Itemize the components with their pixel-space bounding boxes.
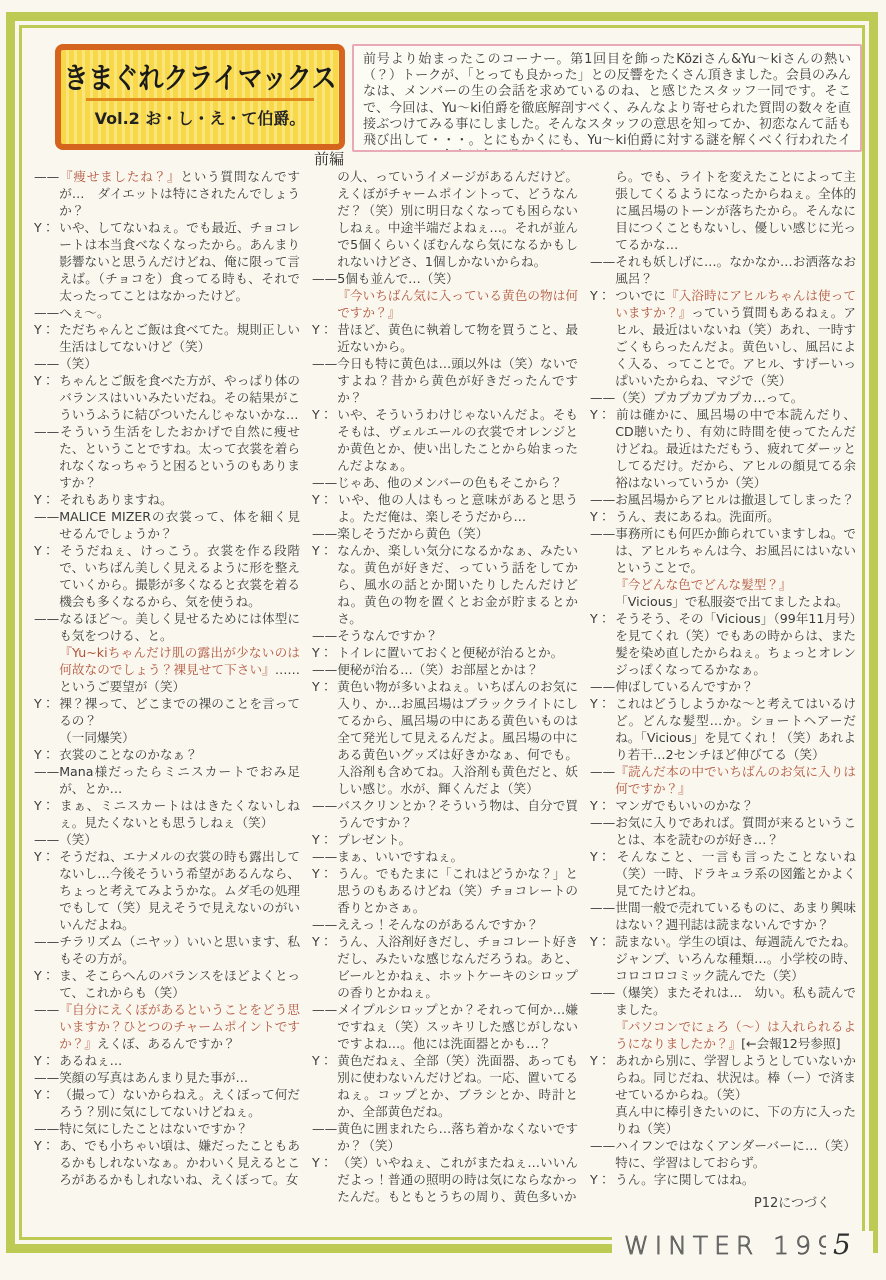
speaker-marker: —— xyxy=(590,984,615,1001)
answer-paragraph: Y：衣裳のことなのかなぁ？ xyxy=(34,746,300,763)
dialog-text: プレゼント。 xyxy=(337,832,411,847)
answer-paragraph: Y：うん、表にあるね。洗面所。 xyxy=(590,508,856,525)
speaker-marker: Y： xyxy=(312,1154,337,1171)
answer-paragraph: Y：まぁ、ミニスカートははきたくないしねぇ。見たくないとも思うしねぇ（笑） xyxy=(34,797,300,831)
question-paragraph: ——笑顔の写真はあんまり見た事が… xyxy=(34,1069,300,1086)
dialog-text: あ、でも小ちゃい頃は、嫌だったこともあるかもしれないなぁ。かわいく見えるところが… xyxy=(59,1138,300,1187)
dialog-text: うん。字に関してはね。 xyxy=(615,1172,754,1187)
answer-paragraph: Y：トイレに置いておくと便秘が治るとか。 xyxy=(312,644,578,661)
question-paragraph: ——『痩せましたね？』という質問なんですが… ダイエットは特にされたんでしょうか… xyxy=(34,168,300,219)
question-paragraph: ——まぁ、いいですねぇ。 xyxy=(312,848,578,865)
speaker-marker: Y： xyxy=(312,491,337,508)
question-paragraph: ——『読んだ本の中でいちばんのお気に入りは何ですか？』 xyxy=(590,763,856,797)
dialog-text: お気に入りであれば。質問が来るということは、本を読むのが好き…？ xyxy=(615,815,856,847)
dialog-text: 伸ばしているんですか？ xyxy=(615,679,754,694)
dialog-text: へぇ～。 xyxy=(59,305,109,320)
question-paragraph: ——そういう生活をしたおかげで自然に痩せた、ということですね。太って衣裳を着られ… xyxy=(34,423,300,491)
answer-paragraph: Y：ただちゃんとご飯は食べてた。規則正しい生活はしてないけど（笑） xyxy=(34,321,300,355)
speaker-marker: —— xyxy=(312,848,337,865)
speaker-marker: Y： xyxy=(312,933,337,950)
fan-question-highlight: 『今いちばん気に入っている黄色の物は何ですか？』 xyxy=(337,288,578,320)
speaker-marker: —— xyxy=(312,474,337,491)
dialog-text: じゃあ、他のメンバーの色もそこから？ xyxy=(337,475,562,490)
dialog-text: あれから別に、学習しようとしていないからね。同じだね、状況は。棒（ー）で済ませて… xyxy=(615,1053,856,1102)
question-paragraph: ——事務所にも何匹か飾られていますしね。では、アヒルちゃんは今、お風呂にはいない… xyxy=(590,525,856,576)
speaker-marker: —— xyxy=(312,916,337,933)
continuation-paragraph: 『今いちばん気に入っている黄色の物は何ですか？』 xyxy=(312,287,578,321)
dialog-text: なるほど～。美しく見せるためには体型にも気をつける、と。 xyxy=(59,611,300,643)
speaker-marker: —— xyxy=(34,831,59,848)
answer-paragraph: Y：いや、他の人はもっと意味があると思うよ。ただ俺は、楽しそうだから… xyxy=(312,491,578,525)
speaker-marker: Y： xyxy=(590,287,615,304)
speaker-marker: Y： xyxy=(590,797,615,814)
answer-paragraph: Y：ちゃんとご飯を食べた方が、やっぱり体のバランスはいいみたいだね。その結果がこ… xyxy=(34,372,300,423)
dialog-text: （笑）いやねぇ、これがまたねぇ…いいんだよっ！普通の照明の時は気にならなかったん… xyxy=(337,1155,578,1204)
dialog-text: いや、してないねぇ。でも最近、チョコレートは本当食べなくなったから。あんまり影響… xyxy=(59,220,300,303)
dialog-text: 真ん中に棒引きたいのに、下の方に入ったりね（笑） xyxy=(615,1104,856,1136)
dialog-text: Mana様だったらミニスカートでおみ足が、とか… xyxy=(59,764,300,796)
interview-column-3: ら。でも、ライトを変えたことによって主張してくるようになったからねぇ。全体的に風… xyxy=(590,168,856,1230)
speaker-marker: —— xyxy=(590,525,615,542)
question-paragraph: ——（笑）プカプカプカプカ…って。 xyxy=(590,389,856,406)
speaker-marker: —— xyxy=(34,304,59,321)
speaker-marker: —— xyxy=(590,1137,615,1154)
speaker-marker: Y： xyxy=(34,797,59,814)
continuation-paragraph: 真ん中に棒引きたいのに、下の方に入ったりね（笑） xyxy=(590,1103,856,1137)
dialog-text: ついでに xyxy=(615,288,666,303)
dialog-text: そうそう、その「Vicious」（99年11月号）を見てくれ（笑）でもあの時から… xyxy=(615,611,856,677)
speaker-marker: —— xyxy=(34,508,59,525)
speaker-marker: —— xyxy=(34,933,59,950)
continuation-paragraph: の人、っていうイメージがあるんだけど。えくぼがチャームポイントって、どうなんだ？… xyxy=(312,168,578,270)
question-paragraph: ——（笑） xyxy=(34,831,300,848)
title-divider xyxy=(86,98,314,101)
answer-paragraph: Y：そんなこと、一言も言ったことないね（笑）一時、ドラキュラ系の図鑑とかよく見て… xyxy=(590,848,856,899)
answer-paragraph: Y：いや、そういうわけじゃないんだよ。そもそもは、ヴェルエールの衣裳でオレンジと… xyxy=(312,406,578,474)
answer-paragraph: Y：昔ほど、黄色に執着して物を買うこと、最近ないから。 xyxy=(312,321,578,355)
dialog-text: 便秘が治る…（笑）お部屋とかは？ xyxy=(337,662,539,677)
dialog-text: うん。でもたまに「これはどうかな？」と思うのもあるけどね（笑）チョコレートの香り… xyxy=(337,866,578,915)
question-paragraph: ——楽しそうだから黄色（笑） xyxy=(312,525,578,542)
dialog-text: チラリズム（ニヤッ）いいと思います、私もその方が。 xyxy=(59,934,300,966)
dialog-text: お風呂場からアヒルは撤退してしまった？ xyxy=(615,492,854,507)
answer-paragraph: Y：うん。字に関してはね。 xyxy=(590,1171,856,1188)
question-paragraph: ——Mana様だったらミニスカートでおみ足が、とか… xyxy=(34,763,300,797)
dialog-text: 黄色い物が多いよねぇ。いちばんのお気に入り、か…お風呂場はブラックライトにしてる… xyxy=(337,679,578,796)
dialog-text: 事務所にも何匹か飾られていますしね。では、アヒルちゃんは今、お風呂にはいないとい… xyxy=(615,526,856,575)
speaker-marker: —— xyxy=(590,814,615,831)
question-paragraph: ——世間一般で売れているものに、あまり興味はない？週刊誌は読まないんですか？ xyxy=(590,899,856,933)
dialog-text: そんなこと、一言も言ったことないね（笑）一時、ドラキュラ系の図鑑とかよく見てたけ… xyxy=(615,849,856,898)
dialog-text: 黄色だねぇ、全部（笑）洗面器、あっても別に使わないんだけどね。一応、置いてるねぇ… xyxy=(337,1053,578,1119)
continuation-paragraph: 「Vicious」で私服姿で出てましたよね。 xyxy=(590,593,856,610)
dialog-text: （笑） xyxy=(59,832,97,847)
interview-columns: ——『痩せましたね？』という質問なんですが… ダイエットは特にされたんでしょうか… xyxy=(34,168,856,1230)
edition-label: 前編 xyxy=(314,148,344,169)
speaker-marker: —— xyxy=(590,899,615,916)
dialog-text: ちゃんとご飯を食べた方が、やっぱり体のバランスはいいみたいだね。その結果がこうい… xyxy=(59,373,300,422)
answer-paragraph: Y：（撮って）ないからねえ。えくぼって何だろう？別に気にしてないけどねぇ。 xyxy=(34,1086,300,1120)
dialog-text: まぁ、いいですねぇ。 xyxy=(337,849,463,864)
answer-paragraph: Y：そうだねぇ、けっこう。衣裳を作る段階で、いちばん美しく見えるように形を整えて… xyxy=(34,542,300,610)
dialog-text: 昔ほど、黄色に執着して物を買うこと、最近ないから。 xyxy=(337,322,578,354)
question-paragraph: ——5個も並んで…（笑） xyxy=(312,270,578,287)
dialog-text: バスクリンとか？そういう物は、自分で買うんですか？ xyxy=(337,798,578,830)
dialog-text: これはどうしようかな～と考えてはいるけど。どんな髪型…か。ショートヘアーだね。「… xyxy=(615,696,856,762)
dialog-text: の人、っていうイメージがあるんだけど。えくぼがチャームポイントって、どうなんだ？… xyxy=(337,169,578,269)
continuation-paragraph: 『パソコンでにょろ（～）は入れられるようになりましたか？』[←会報12号参照] xyxy=(590,1018,856,1052)
speaker-marker: Y： xyxy=(590,406,615,423)
speaker-marker: Y： xyxy=(590,610,615,627)
question-paragraph: ——黄色に囲まれたら…落ち着かなくないですか？（笑） xyxy=(312,1120,578,1154)
answer-paragraph: Y：これはどうしようかな～と考えてはいるけど。どんな髪型…か。ショートヘアーだね… xyxy=(590,695,856,763)
dialog-text: それも妖しげに…。なかなか…お洒落なお風呂？ xyxy=(615,254,856,286)
dialog-text: 裸？裸って、どこまでの裸のことを言ってるの？ xyxy=(59,696,300,728)
speaker-marker: —— xyxy=(590,389,615,406)
answer-paragraph: Y：あ、でも小ちゃい頃は、嫌だったこともあるかもしれないなぁ。かわいく見えるとこ… xyxy=(34,1137,300,1188)
answer-paragraph: Y：読まない。学生の頃は、毎週読んでたね。ジャンプ、いろんな種類…。小学校の時、… xyxy=(590,933,856,984)
speaker-marker: Y： xyxy=(312,644,337,661)
question-paragraph: ——バスクリンとか？そういう物は、自分で買うんですか？ xyxy=(312,797,578,831)
question-paragraph: ——今日も特に黄色は…頭以外は（笑）ないですよね？昔から黄色が好きだったんですか… xyxy=(312,355,578,406)
speaker-marker: —— xyxy=(312,797,337,814)
dialog-text: ただちゃんとご飯は食べてた。規則正しい生活はしてないけど（笑） xyxy=(59,322,300,354)
speaker-marker: Y： xyxy=(34,219,59,236)
speaker-marker: Y： xyxy=(34,1052,59,1069)
fan-question-highlight: 『Yu~kiちゃんだけ肌の露出が少ないのは何故なのでしょう？裸見せて下さい』 xyxy=(59,645,300,677)
speaker-marker: Y： xyxy=(312,678,337,695)
speaker-marker: —— xyxy=(34,1069,59,1086)
continuation-paragraph: （一同爆笑） xyxy=(34,729,300,746)
answer-paragraph: Y：黄色い物が多いよねぇ。いちばんのお気に入り、か…お風呂場はブラックライトにし… xyxy=(312,678,578,797)
fan-question-highlight: 『今どんな色でどんな髪型？』 xyxy=(615,577,791,592)
title-box: きまぐれクライマックス Vol.2 お・し・え・て伯爵。 xyxy=(55,44,345,150)
question-paragraph: ——お気に入りであれば。質問が来るということは、本を読むのが好き…？ xyxy=(590,814,856,848)
question-paragraph: ——便秘が治る…（笑）お部屋とかは？ xyxy=(312,661,578,678)
dialog-text: いや、他の人はもっと意味があると思うよ。ただ俺は、楽しそうだから… xyxy=(337,492,578,524)
question-paragraph: ——チラリズム（ニヤッ）いいと思います、私もその方が。 xyxy=(34,933,300,967)
dialog-text: 特に気にしたことはないですか？ xyxy=(59,1121,248,1136)
dialog-text: 5個も並んで…（笑） xyxy=(337,271,458,286)
speaker-marker: Y： xyxy=(590,933,615,950)
speaker-marker: Y： xyxy=(312,542,337,559)
dialog-text: ええっ！そんなのがあるんですか？ xyxy=(337,917,539,932)
speaker-marker: Y： xyxy=(312,406,337,423)
dialog-text: まぁ、ミニスカートははきたくないしねぇ。見たくないとも思うしねぇ（笑） xyxy=(59,798,300,830)
answer-paragraph: Y：いや、してないねぇ。でも最近、チョコレートは本当食べなくなったから。あんまり… xyxy=(34,219,300,304)
speaker-marker: Y： xyxy=(34,967,59,984)
dialog-text: えくぼ、あるんですか？ xyxy=(97,1036,236,1051)
answer-paragraph: Y：そうだね、エナメルの衣裳の時も露出してないし…今後そういう希望があるんなら、… xyxy=(34,848,300,933)
answer-paragraph: Y：黄色だねぇ、全部（笑）洗面器、あっても別に使わないんだけどね。一応、置いてる… xyxy=(312,1052,578,1120)
question-paragraph: ——伸ばしているんですか？ xyxy=(590,678,856,695)
dialog-text: そうだね、エナメルの衣裳の時も露出してないし…今後そういう希望があるんなら、ちょ… xyxy=(59,849,300,932)
speaker-marker: Y： xyxy=(590,508,615,525)
dialog-text: （笑）プカプカプカプカ…って。 xyxy=(615,390,803,405)
question-paragraph: ——（笑） xyxy=(34,355,300,372)
speaker-marker: Y： xyxy=(34,1137,59,1154)
page-title: きまぐれクライマックス xyxy=(63,63,336,95)
dialog-text: 前は確かに、風呂場の中で本読んだり、CD聴いたり、有効に時間を使ってたんだけどね… xyxy=(615,407,856,490)
speaker-marker: Y： xyxy=(34,695,59,712)
answer-paragraph: Y：あれから別に、学習しようとしていないからね。同じだね、状況は。棒（ー）で済ま… xyxy=(590,1052,856,1103)
page-subtitle: Vol.2 お・し・え・て伯爵。 xyxy=(95,106,306,129)
speaker-marker: Y： xyxy=(34,1086,59,1103)
speaker-marker: Y： xyxy=(312,1052,337,1069)
dialog-text: （一同爆笑） xyxy=(59,730,135,745)
dialog-text: あるねぇ… xyxy=(59,1053,122,1068)
answer-paragraph: Y：（笑）いやねぇ、これがまたねぇ…いいんだよっ！普通の照明の時は気にならなかっ… xyxy=(312,1154,578,1205)
speaker-marker: Y： xyxy=(312,321,337,338)
answer-paragraph: Y：ついでに『入浴時にアヒルちゃんは使っていますか？』っていう質問もあるねぇ。ア… xyxy=(590,287,856,389)
dialog-text: そうだねぇ、けっこう。衣裳を作る段階で、いちばん美しく見えるように形を整えていく… xyxy=(59,543,300,609)
speaker-marker: —— xyxy=(34,355,59,372)
dialog-text: なんか、楽しい気分になるかなぁ、みたいな。黄色が好きだ、っていう話をしてから、風… xyxy=(337,543,578,626)
question-paragraph: ——特に気にしたことはないですか？ xyxy=(34,1120,300,1137)
fan-question-highlight: 『痩せましたね？』 xyxy=(59,169,180,184)
dialog-text: （笑） xyxy=(59,356,97,371)
speaker-marker: Y： xyxy=(34,542,59,559)
answer-paragraph: Y：ま、そこらへんのバランスをほどよくとって、これからも（笑） xyxy=(34,967,300,1001)
question-paragraph: ——MALICE MIZERの衣裳って、体を細く見せるんでしょうか？ xyxy=(34,508,300,542)
question-paragraph: ——メイプルシロップとか？それって何か…嫌ですねぇ（笑）スッキリした感じがしない… xyxy=(312,1001,578,1052)
speaker-marker: Y： xyxy=(34,848,59,865)
speaker-marker: Y： xyxy=(312,865,337,882)
footer-page-number: 5 xyxy=(826,1228,858,1261)
question-paragraph: ——そうなんですか？ xyxy=(312,627,578,644)
answer-paragraph: Y：そうそう、その「Vicious」（99年11月号）を見てくれ（笑）でもあの時… xyxy=(590,610,856,678)
intro-box: 前号より始まったこのコーナー。第1回目を飾ったKöziさん&Yu～kiさんの熱い… xyxy=(352,44,862,152)
magazine-page: { "colors":{ "paper":"#faf8ee", "frame_g… xyxy=(0,0,886,1280)
question-paragraph: ——なるほど～。美しく見せるためには体型にも気をつける、と。 xyxy=(34,610,300,644)
speaker-marker: —— xyxy=(34,763,59,780)
continuation-paragraph: 『今どんな色でどんな髪型？』 xyxy=(590,576,856,593)
fan-question-highlight: 『読んだ本の中でいちばんのお気に入りは何ですか？』 xyxy=(615,764,856,796)
speaker-marker: —— xyxy=(312,661,337,678)
dialog-text: それもありますね。 xyxy=(59,492,172,507)
speaker-marker: —— xyxy=(312,525,337,542)
dialog-text: （爆笑）またそれは… 幼い。私も読んでました。 xyxy=(615,985,856,1017)
dialog-text: 黄色に囲まれたら…落ち着かなくないですか？（笑） xyxy=(337,1121,578,1153)
dialog-text: トイレに置いておくと便秘が治るとか。 xyxy=(337,645,563,660)
dialog-text: 今日も特に黄色は…頭以外は（笑）ないですよね？昔から黄色が好きだったんですか？ xyxy=(337,356,578,405)
answer-paragraph: Y：あるねぇ… xyxy=(34,1052,300,1069)
dialog-text: 「Vicious」で私服姿で出てましたよね。 xyxy=(615,594,848,609)
dialog-text: ハイフンではなくアンダーバーに…（笑）特に、学習はしておらず。 xyxy=(615,1138,856,1170)
interview-column-2: の人、っていうイメージがあるんだけど。えくぼがチャームポイントって、どうなんだ？… xyxy=(312,168,578,1230)
speaker-marker: —— xyxy=(590,253,615,270)
dialog-text: [←会報12号参照] xyxy=(741,1036,840,1051)
continued-note: P12につづく xyxy=(754,1192,830,1211)
continuation-paragraph: ら。でも、ライトを変えたことによって主張してくるようになったからねぇ。全体的に風… xyxy=(590,168,856,253)
dialog-text: そういう生活をしたおかげで自然に痩せた、ということですね。太って衣裳を着られなく… xyxy=(59,424,300,490)
dialog-text: ま、そこらへんのバランスをほどよくとって、これからも（笑） xyxy=(59,968,300,1000)
speaker-marker: —— xyxy=(312,270,337,287)
speaker-marker: —— xyxy=(590,763,615,780)
speaker-marker: Y： xyxy=(34,746,59,763)
speaker-marker: —— xyxy=(312,355,337,372)
speaker-marker: —— xyxy=(34,1120,59,1137)
dialog-text: 衣裳のことなのかなぁ？ xyxy=(59,747,198,762)
answer-paragraph: Y：うん、入浴剤好きだし、チョコレート好きだし、みたいな感じなんだろうね。あと、… xyxy=(312,933,578,1001)
interview-column-1: ——『痩せましたね？』という質問なんですが… ダイエットは特にされたんでしょうか… xyxy=(34,168,300,1230)
speaker-marker: —— xyxy=(312,1120,337,1137)
dialog-text: うん、入浴剤好きだし、チョコレート好きだし、みたいな感じなんだろうね。あと、ビー… xyxy=(337,934,578,1000)
speaker-marker: —— xyxy=(34,1001,59,1018)
speaker-marker: Y： xyxy=(34,491,59,508)
speaker-marker: Y： xyxy=(590,1052,615,1069)
question-paragraph: ——（爆笑）またそれは… 幼い。私も読んでました。 xyxy=(590,984,856,1018)
question-paragraph: ——『自分にえくぼがあるということをどう思いますか？ひとつのチャームポイントです… xyxy=(34,1001,300,1052)
answer-paragraph: Y：前は確かに、風呂場の中で本読んだり、CD聴いたり、有効に時間を使ってたんだけ… xyxy=(590,406,856,491)
continuation-paragraph: 『Yu~kiちゃんだけ肌の露出が少ないのは何故なのでしょう？裸見せて下さい』……… xyxy=(34,644,300,695)
speaker-marker: —— xyxy=(590,678,615,695)
dialog-text: ら。でも、ライトを変えたことによって主張してくるようになったからねぇ。全体的に風… xyxy=(615,169,856,252)
answer-paragraph: Y：裸？裸って、どこまでの裸のことを言ってるの？ xyxy=(34,695,300,729)
intro-text: 前号より始まったこのコーナー。第1回目を飾ったKöziさん&Yu～kiさんの熱い… xyxy=(363,52,851,152)
speaker-marker: —— xyxy=(312,627,337,644)
dialog-text: マンガでもいいのかな？ xyxy=(615,798,754,813)
question-paragraph: ——お風呂場からアヒルは撤退してしまった？ xyxy=(590,491,856,508)
question-paragraph: ——へぇ～。 xyxy=(34,304,300,321)
dialog-text: 世間一般で売れているものに、あまり興味はない？週刊誌は読まないんですか？ xyxy=(615,900,856,932)
answer-paragraph: Y：それもありますね。 xyxy=(34,491,300,508)
speaker-marker: —— xyxy=(590,491,615,508)
speaker-marker: —— xyxy=(34,610,59,627)
speaker-marker: Y： xyxy=(312,831,337,848)
dialog-text: （撮って）ないからねえ。えくぼって何だろう？別に気にしてないけどねぇ。 xyxy=(59,1087,300,1119)
answer-paragraph: Y：うん。でもたまに「これはどうかな？」と思うのもあるけどね（笑）チョコレートの… xyxy=(312,865,578,916)
speaker-marker: Y： xyxy=(34,321,59,338)
speaker-marker: —— xyxy=(312,1001,337,1018)
dialog-text: うん、表にあるね。洗面所。 xyxy=(615,509,779,524)
answer-paragraph: Y：プレゼント。 xyxy=(312,831,578,848)
speaker-marker: Y： xyxy=(590,848,615,865)
speaker-marker: Y： xyxy=(590,695,615,712)
dialog-text: 楽しそうだから黄色（笑） xyxy=(337,526,488,541)
dialog-text: メイプルシロップとか？それって何か…嫌ですねぇ（笑）スッキリした感じがしないです… xyxy=(337,1002,578,1051)
dialog-text: 笑顔の写真はあんまり見た事が… xyxy=(59,1070,248,1085)
speaker-marker: Y： xyxy=(34,372,59,389)
answer-paragraph: Y：マンガでもいいのかな？ xyxy=(590,797,856,814)
dialog-text: いや、そういうわけじゃないんだよ。そもそもは、ヴェルエールの衣裳でオレンジとか黄… xyxy=(337,407,578,473)
speaker-marker: —— xyxy=(34,423,59,440)
question-paragraph: ——ハイフンではなくアンダーバーに…（笑）特に、学習はしておらず。 xyxy=(590,1137,856,1171)
speaker-marker: —— xyxy=(34,168,59,185)
question-paragraph: ——ええっ！そんなのがあるんですか？ xyxy=(312,916,578,933)
answer-paragraph: Y：なんか、楽しい気分になるかなぁ、みたいな。黄色が好きだ、っていう話をしてから… xyxy=(312,542,578,627)
speaker-marker: Y： xyxy=(590,1171,615,1188)
dialog-text: MALICE MIZERの衣裳って、体を細く見せるんでしょうか？ xyxy=(59,509,300,541)
question-paragraph: ——それも妖しげに…。なかなか…お洒落なお風呂？ xyxy=(590,253,856,287)
dialog-text: そうなんですか？ xyxy=(337,628,438,643)
question-paragraph: ——じゃあ、他のメンバーの色もそこから？ xyxy=(312,474,578,491)
dialog-text: 読まない。学生の頃は、毎週読んでたね。ジャンプ、いろんな種類…。小学校の時、コロ… xyxy=(615,934,856,983)
